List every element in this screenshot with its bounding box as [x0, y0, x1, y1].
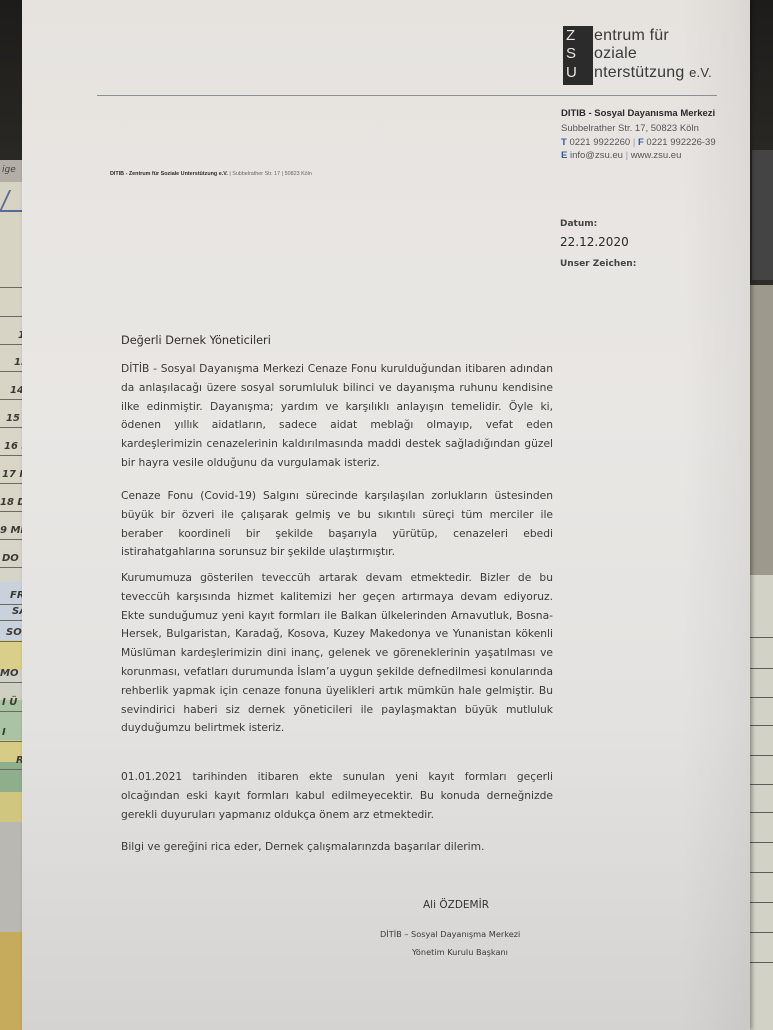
phone-key: T: [561, 137, 567, 148]
body-paragraph: 01.01.2021 tarihinden itibaren ekte sunu…: [121, 768, 553, 824]
background-calendar-day: 9 MI: [0, 525, 24, 536]
separator: |: [633, 137, 635, 148]
salutation: Değerli Dernek Yöneticileri: [121, 334, 271, 347]
background-calendar-header-text: ige: [2, 165, 16, 175]
body-paragraph: Cenaze Fonu (Covid-19) Salgını sürecinde…: [121, 487, 553, 562]
closing-paragraph: Bilgi ve gereğini rica eder, Dernek çalı…: [121, 838, 553, 857]
sender-address: Subbelrather Str. 17, 50823 Köln: [561, 123, 699, 134]
logo-text-line: entrum für: [594, 27, 669, 45]
phone-number: 0221 9922260: [569, 137, 630, 148]
date-label: Datum:: [560, 219, 597, 229]
page-shadow: [682, 0, 750, 1030]
signatory-organization: DİTİB – Sosyal Dayanışma Merkezi: [380, 929, 520, 939]
fax-number: 0221 992226-39: [646, 137, 715, 148]
letterhead-divider: [97, 95, 717, 96]
logo-text-line: nterstützung e.V.: [594, 64, 712, 82]
email-address: info@zsu.eu: [570, 150, 623, 161]
letter-date: 22.12.2020: [560, 235, 629, 249]
background-calendar-day: SO: [6, 627, 22, 638]
logo-initial: Z: [566, 27, 575, 44]
return-address: DITIB - Zentrum für Soziale Unterstützun…: [110, 171, 312, 177]
logo-initial: S: [566, 45, 576, 62]
reference-label: Unser Zeichen:: [560, 259, 636, 269]
background-calendar-day: MO: [0, 668, 18, 679]
sender-organization: DITIB - Sosyal Dayanısma Merkezi: [561, 108, 715, 119]
body-paragraph: DİTİB - Sosyal Dayanışma Merkezi Cenaze …: [121, 360, 553, 473]
background-object-right: [752, 150, 773, 280]
fax-key: F: [638, 137, 644, 148]
return-address-city: 50823 Köln: [285, 171, 312, 177]
sender-phone-fax: T 0221 9922260 | F 0221 992226-39: [561, 137, 716, 148]
body-paragraph: Kurumumuza gösterilen teveccüh artarak d…: [121, 569, 553, 738]
separator: |: [626, 150, 628, 161]
signatory-title: Yönetim Kurulu Başkanı: [412, 947, 508, 957]
signatory-name: Ali ÖZDEMİR: [423, 899, 489, 911]
email-key: E: [561, 150, 567, 161]
zsu-logo: Z S U entrum für oziale nterstützung e.V…: [563, 26, 733, 92]
logo-initial: U: [566, 64, 577, 81]
logo-suffix: e.V.: [689, 65, 712, 80]
background-calendar-day: DO: [2, 553, 19, 564]
return-address-org: DITIB - Zentrum für Soziale Unterstützun…: [110, 171, 228, 177]
sender-email-web: E info@zsu.eu | www.zsu.eu: [561, 150, 681, 161]
logo-text: nterstützung: [594, 64, 684, 81]
website: www.zsu.eu: [631, 150, 682, 161]
background-calendar-day: I Ü: [2, 697, 17, 708]
background-calendar-day: I: [2, 727, 6, 738]
return-address-street: Subbelrather Str. 17: [232, 171, 280, 177]
logo-text-line: oziale: [594, 45, 637, 63]
